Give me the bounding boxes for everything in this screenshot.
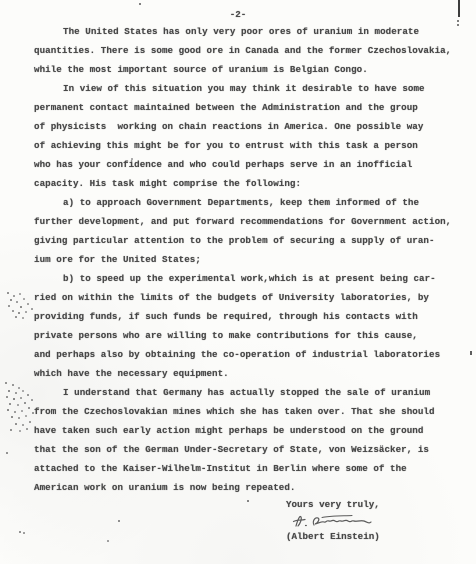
scan-speckle xyxy=(118,520,120,522)
letter-line: while the most important source of urani… xyxy=(34,60,464,79)
letter-line: providing funds, if such funds be requir… xyxy=(34,307,464,326)
scan-speckle xyxy=(19,531,21,533)
letter-line: quantities. There is some good ore in Ca… xyxy=(34,41,464,60)
letter-line: further development, and put forward rec… xyxy=(34,212,464,231)
scan-speckle-cluster xyxy=(7,292,9,294)
letter-page: -2- The United States has only very poor… xyxy=(0,0,476,564)
scan-artifact-mark xyxy=(470,351,472,355)
letter-line: of achieving this might be for you to en… xyxy=(34,136,464,155)
letter-line: from the Czechoslovakian mines which she… xyxy=(34,402,464,421)
letter-line: capacity. His task might comprise the fo… xyxy=(34,174,464,193)
letter-line: attached to the Kaiser-Wilhelm-Institut … xyxy=(34,459,464,478)
typed-name: (Albert Einstein) xyxy=(286,530,382,543)
closing-block: Yours very truly, (Albert Einstein) xyxy=(286,498,382,543)
letter-line: giving particular attention to the probl… xyxy=(34,231,464,250)
signature-icon xyxy=(292,512,382,530)
scan-speckle xyxy=(6,452,8,454)
letter-line: American work on uranium is now being re… xyxy=(34,478,464,497)
letter-line: which have the necessary equipment. xyxy=(34,364,464,383)
page-number: -2- xyxy=(0,9,476,20)
letter-line: of physicists working on chain reactions… xyxy=(34,117,464,136)
letter-line: permanent contact maintained between the… xyxy=(34,98,464,117)
scan-speckle xyxy=(247,500,249,502)
valediction: Yours very truly, xyxy=(286,498,382,511)
letter-line: private persons who are willing to make … xyxy=(34,326,464,345)
letter-line: ried on within the limits of the budgets… xyxy=(34,288,464,307)
letter-line: The United States has only very poor ore… xyxy=(34,22,464,41)
letter-line: and perhaps also by obtaining the co-ope… xyxy=(34,345,464,364)
scan-speckle-cluster xyxy=(5,382,7,384)
letter-line: b) to speed up the experimental work,whi… xyxy=(34,269,464,288)
letter-line: a) to approach Government Departments, k… xyxy=(34,193,464,212)
scan-speckle xyxy=(107,540,109,542)
scan-artifact-dot xyxy=(139,3,141,5)
letter-line: ium ore for the United States; xyxy=(34,250,464,269)
einstein-signature xyxy=(292,512,382,530)
letter-line: In view of this situation you may think … xyxy=(34,79,464,98)
letter-line: I understand that Germany has actually s… xyxy=(34,383,464,402)
letter-line: who has your confidence and who could pe… xyxy=(34,155,464,174)
letter-line: have taken such early action might perha… xyxy=(34,421,464,440)
letter-body: The United States has only very poor ore… xyxy=(34,22,464,497)
letter-line: that the son of the German Under-Secreta… xyxy=(34,440,464,459)
